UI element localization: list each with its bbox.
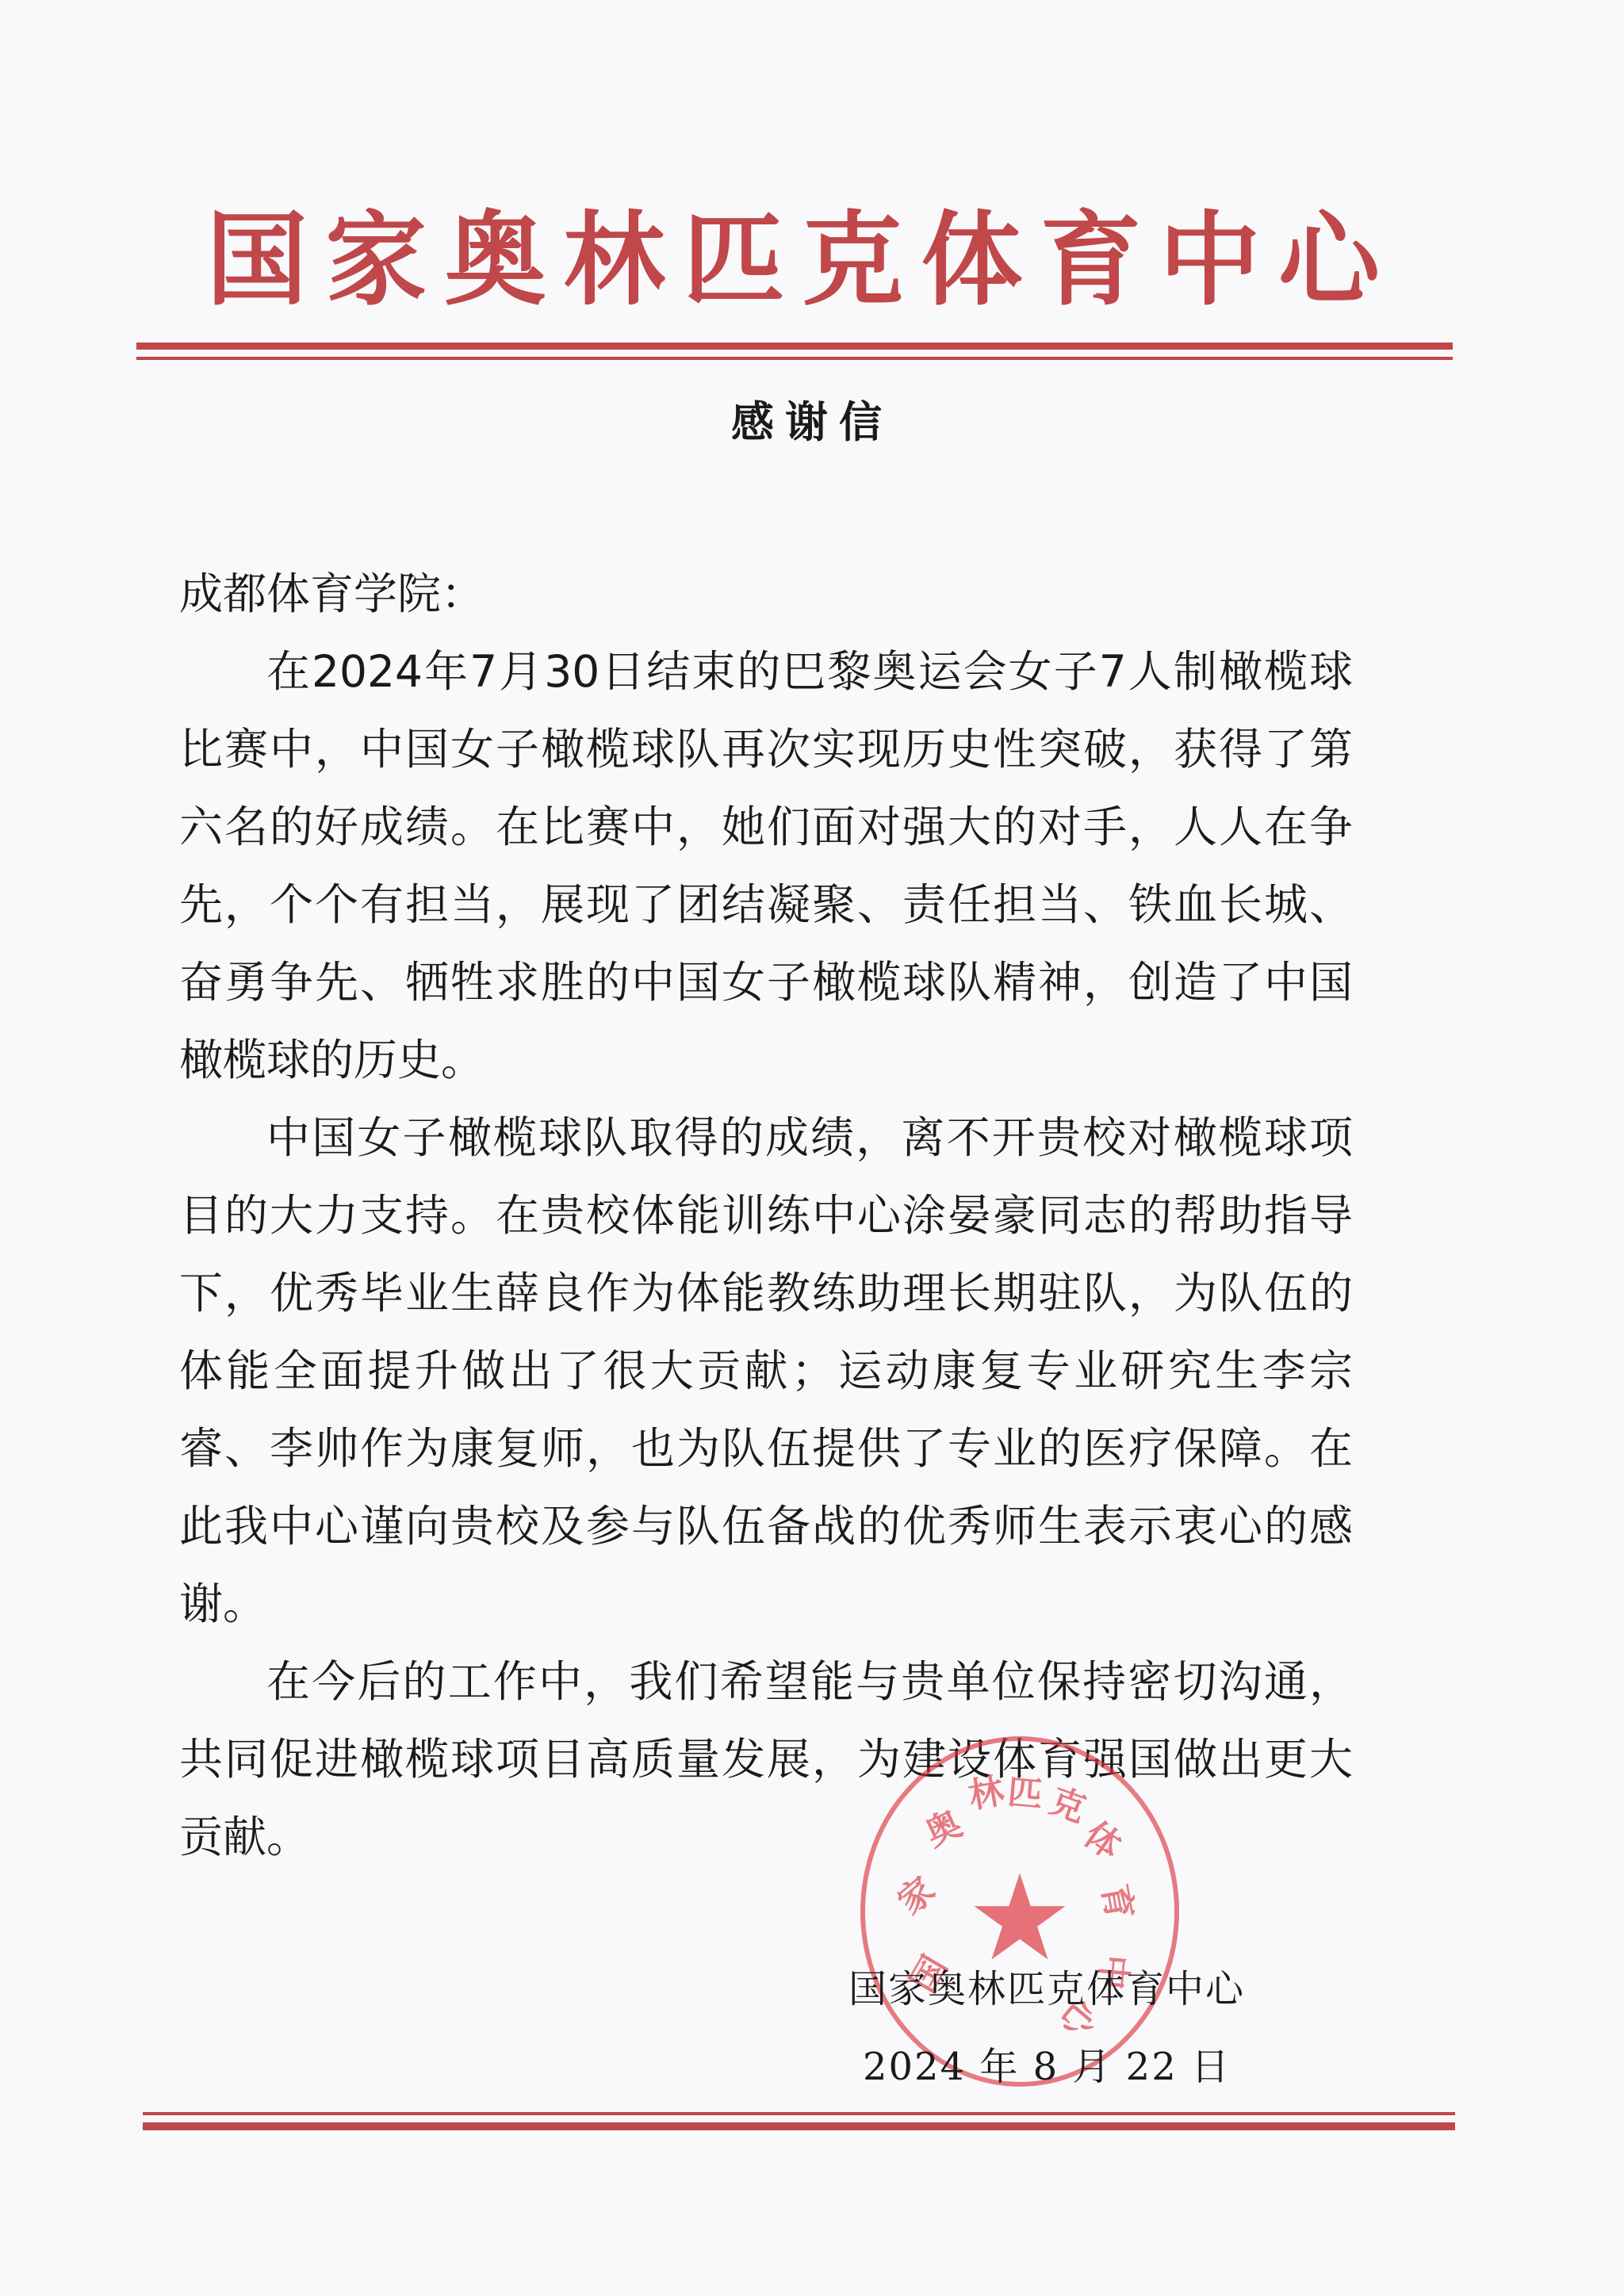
letterhead-char: 林 [564, 209, 665, 311]
signature-block: 国家奥林匹克体育中心 2024 年 8 月 22 日 [825, 1950, 1269, 2106]
paragraph: 在2024年7月30日结束的巴黎奥运会女子7人制橄榄球比赛中，中国女子橄榄球队再… [179, 633, 1353, 1099]
salutation: 成都体育学院： [179, 555, 1353, 633]
letterhead-char: 家 [325, 209, 427, 311]
letterhead-char: 心 [1278, 209, 1380, 311]
header-rule-thin [136, 357, 1453, 360]
letterhead-char: 中 [1159, 209, 1261, 311]
seal-char: 育 [1093, 1880, 1149, 1923]
letterhead-char: 国 [206, 209, 308, 311]
letterhead-char: 克 [802, 209, 903, 311]
document-title: 感谢信 [0, 388, 1624, 450]
letterhead-char: 体 [921, 209, 1022, 311]
footer-rule-thick [143, 2122, 1455, 2130]
signature-date: 2024 年 8 月 22 日 [825, 2028, 1269, 2106]
paragraph: 中国女子橄榄球队取得的成绩，离不开贵校对橄榄球项目的大力支持。在贵校体能训练中心… [179, 1099, 1353, 1643]
letterhead-char: 奥 [444, 209, 546, 311]
letterhead-title: 国 家 奥 林 匹 克 体 育 中 心 [206, 205, 1380, 316]
letter-body: 成都体育学院： 在2024年7月30日结束的巴黎奥运会女子7人制橄榄球比赛中，中… [179, 555, 1353, 1876]
letterhead-char: 育 [1040, 209, 1142, 311]
footer-rule-thin [143, 2112, 1455, 2115]
signature-organization: 国家奥林匹克体育中心 [825, 1950, 1269, 2028]
paragraph: 在今后的工作中，我们希望能与贵单位保持密切沟通，共同促进橄榄球项目高质量发展，为… [179, 1643, 1353, 1876]
letterhead-char: 匹 [683, 209, 784, 311]
header-rule-thick [136, 342, 1453, 350]
